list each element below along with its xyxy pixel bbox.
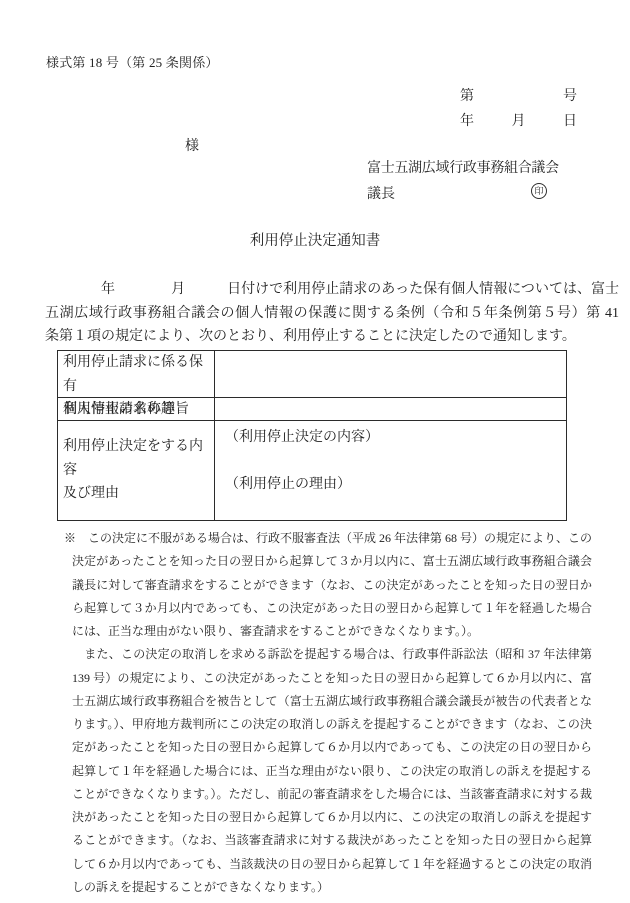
note-line: には、正当な理由がない限り、審査請求をすることができなくなります。）。 — [64, 620, 592, 643]
seal-text: 印 — [534, 187, 543, 196]
body-line: 条第１項の規定により、次のとおり、利用停止することに決定したので通知します。 — [45, 325, 619, 349]
note-line: 起算して１年を経過した場合には、正当な理由がない限り、この決定の取消しの訴えを提… — [64, 760, 592, 783]
body-paragraph: 年 月 日付けで利用停止請求のあった保有個人情報については、富士 五湖広域行政事… — [45, 278, 619, 349]
note-line: ※ この決定に不服がある場合は、行政不服審査法（平成 26 年法律第 68 号）… — [64, 527, 592, 550]
table-value-line: （利用停止決定の内容） — [225, 426, 562, 450]
issuer-title: 議長 — [367, 183, 395, 203]
body-line: 年 月 日付けで利用停止請求のあった保有個人情報については、富士 — [45, 278, 619, 302]
table-label-line: 利用停止請求の趣旨 — [63, 398, 210, 422]
document-page: 様式第 18 号（第 25 条関係） 第 号 年 月 日 様 富士五湖広域行政事… — [0, 0, 630, 903]
note-line: 士五湖広域行政事務組合を被告として（富士五湖広域行政事務組合議会議長が被告の代表… — [64, 690, 592, 713]
doc-number-prefix: 第 — [460, 85, 474, 105]
table-label-line: 利用停止決定をする内容 — [63, 435, 210, 482]
body-line: 五湖広域行政事務組合議会の個人情報の保護に関する条例（令和５年条例第５号）第 4… — [45, 302, 619, 326]
note-line: して６か月以内であっても、当該裁決の日の翌日から起算して１年を経過するとこの決定… — [64, 853, 592, 876]
seal-stamp-icon: 印 — [531, 183, 547, 199]
doc-number-suffix: 号 — [563, 85, 577, 105]
addressee-honorific: 様 — [185, 135, 199, 155]
note-line: 議長に対して審査請求をすることができます（なお、この決定があったことを知った日の… — [64, 574, 592, 597]
date-month-label: 月 — [512, 110, 526, 130]
decision-table: 利用停止請求に係る保有 個人情報の名称等 利用停止請求の趣旨 利用停止決定をする… — [57, 350, 567, 521]
table-label-line: 及び理由 — [63, 482, 210, 506]
notes-section: ※ この決定に不服がある場合は、行政不服審査法（平成 26 年法律第 68 号）… — [64, 527, 592, 899]
table-value-cell: （利用停止決定の内容） （利用停止の理由） — [215, 421, 566, 520]
table-value-cell — [215, 398, 566, 421]
table-label-cell: 利用停止請求の趣旨 — [58, 398, 215, 421]
date-year-label: 年 — [460, 110, 474, 130]
note-line: ります。）、甲府地方裁判所にこの決定の取消しの訴えを提起することができます（なお… — [64, 713, 592, 736]
note-line: しの訴えを提起することができなくなります。） — [64, 876, 592, 899]
note-line: ことができなくなります。）。ただし、前記の審査請求をした場合には、当該審査請求に… — [64, 783, 592, 806]
issuer-organization: 富士五湖広域行政事務組合議会 — [367, 157, 559, 177]
note-line: 決があったことを知った日の翌日から起算して６か月以内に、この決定の取消しの訴えを… — [64, 806, 592, 829]
note-line: ら起算して３か月以内であっても、この決定があった日の翌日から起算して１年を経過し… — [64, 597, 592, 620]
document-number-line: 第 号 — [460, 85, 577, 105]
note-line: また、この決定の取消しを求める訴訟を提起する場合は、行政事件訴訟法（昭和 37 … — [64, 643, 592, 666]
note-line: 定があったことを知った日の翌日から起算して６か月以内であっても、この決定の日の翌… — [64, 736, 592, 759]
date-day-label: 日 — [563, 110, 577, 130]
date-line: 年 月 日 — [460, 110, 577, 130]
table-value-cell — [215, 351, 566, 398]
document-title: 利用停止決定通知書 — [0, 229, 630, 250]
table-label-cell: 利用停止請求に係る保有 個人情報の名称等 — [58, 351, 215, 398]
table-label-line: 利用停止請求に係る保有 — [63, 351, 210, 398]
table-value-line: （利用停止の理由） — [225, 473, 562, 497]
table-label-cell: 利用停止決定をする内容 及び理由 — [58, 421, 215, 520]
form-number: 様式第 18 号（第 25 条関係） — [46, 52, 219, 71]
note-line: ることができます。（なお、当該審査請求に対する裁決があったことを知った日の翌日か… — [64, 829, 592, 852]
note-line: 決定があったことを知った日の翌日から起算して３か月以内に、富士五湖広域行政事務組… — [64, 550, 592, 573]
note-line: 139 号）の規定により、この決定があったことを知った日の翌日から起算して６か月… — [64, 667, 592, 690]
